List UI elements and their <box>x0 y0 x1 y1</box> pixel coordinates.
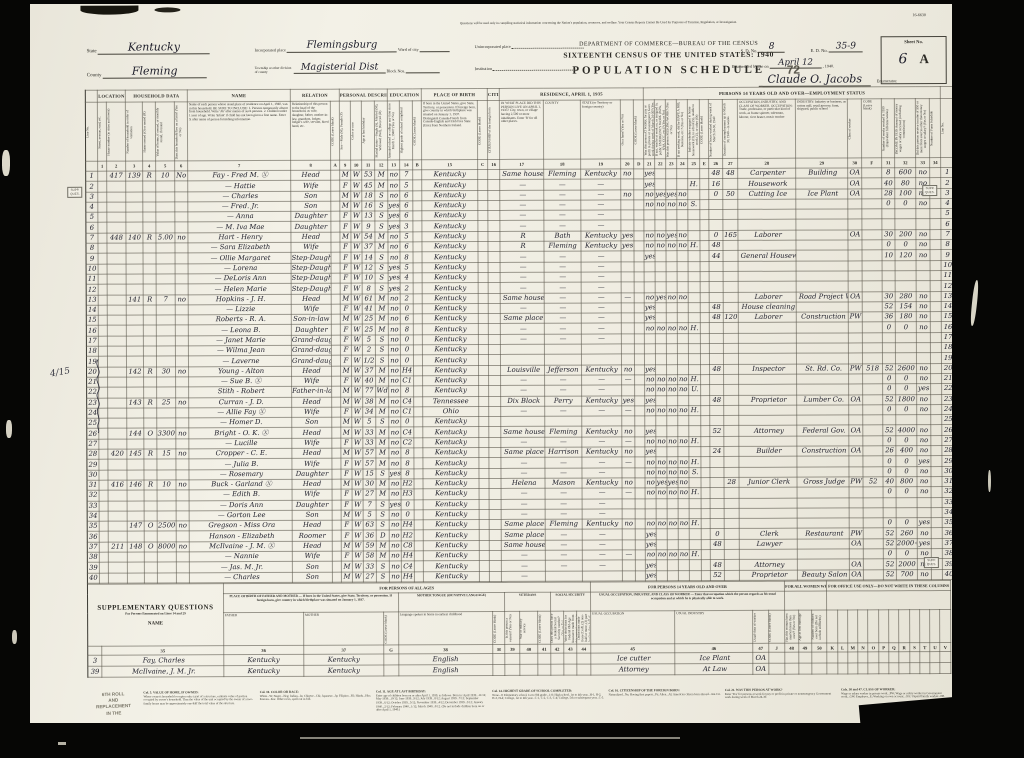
cell-e22: yes <box>655 189 666 199</box>
cell-own <box>143 181 156 191</box>
cell-w1 <box>785 652 798 663</box>
cell-edc <box>414 365 423 375</box>
cell-cls: OA <box>849 559 863 569</box>
film-artifact <box>6 420 12 438</box>
cell-e24 <box>677 261 688 271</box>
cell-edc <box>413 201 422 211</box>
cell-e24 <box>678 344 689 354</box>
cell-mar: S <box>375 283 388 293</box>
cell-rel: Step-Daughter <box>291 253 331 263</box>
cell-relc <box>332 531 341 541</box>
cell-r18: — <box>544 262 581 272</box>
block-value <box>406 72 440 73</box>
cell-val <box>156 325 175 335</box>
cell-r20 <box>621 179 634 189</box>
cell-r20 <box>622 416 635 426</box>
cell-relc <box>331 242 340 252</box>
cell-hrs <box>710 385 724 395</box>
cell-rd <box>635 509 645 519</box>
cell-cls <box>849 405 863 415</box>
sheet-number-value: 6 <box>898 51 907 67</box>
cell-rd <box>635 457 645 467</box>
cell-e22 <box>656 416 667 426</box>
cell-relc <box>332 428 341 438</box>
cell-ln: 28 <box>87 449 99 459</box>
cell-e21: yes <box>645 426 656 436</box>
cell-sex: M <box>341 366 352 376</box>
cell-val <box>157 490 176 500</box>
cell-dur <box>723 199 738 209</box>
cell-own: R <box>143 295 156 305</box>
enumeration-date-line: Enumerated by me on April 12 , 1940. <box>732 58 835 68</box>
cell-r17: Same place <box>500 313 544 323</box>
ward-label: Ward of city <box>398 47 419 52</box>
cell-name: Hopkins - J. H. <box>188 294 291 305</box>
cell-cit <box>489 396 501 406</box>
cell-name: Hart - Henry <box>188 232 291 243</box>
cell-val <box>157 469 176 479</box>
column-number: 9 <box>340 160 351 170</box>
cell-ind <box>796 302 848 313</box>
cell-wks: 0 <box>883 518 896 528</box>
cell-father: Kentucky <box>224 665 304 676</box>
cell-house <box>107 243 126 253</box>
cell-street <box>98 284 107 294</box>
cell-r18: — <box>545 509 582 519</box>
cell-name: — Charles <box>188 191 291 202</box>
column-desc: Age at last birthday <box>361 101 374 160</box>
cell-e22 <box>655 220 666 230</box>
cell-own: R <box>143 171 156 181</box>
cell-mar: M <box>376 541 389 551</box>
cell-e21 <box>644 210 655 220</box>
cell-hrs <box>710 405 724 415</box>
column-desc <box>827 610 837 643</box>
cell-relc <box>332 458 341 468</box>
cell-r19: — <box>581 220 621 230</box>
cell-relc <box>332 551 341 561</box>
cell-val <box>156 336 175 346</box>
cell-sch: no <box>389 396 401 406</box>
cell-r18: — <box>544 179 581 189</box>
cell-pob: Kentucky <box>422 190 478 201</box>
cell-rd <box>635 560 645 570</box>
cell-cit <box>489 406 501 416</box>
cell-wag: 0 <box>896 374 917 384</box>
cell-ind: Building <box>796 168 848 179</box>
cell-mar: S <box>375 345 388 355</box>
footnote-title: Col. 16. CITIZENSHIP OF THE FOREIGN BORN… <box>609 689 721 693</box>
cell-col: W <box>352 427 363 437</box>
cell-grd: 6 <box>400 190 413 200</box>
cell-rd <box>635 570 645 580</box>
cell-cit <box>488 221 500 231</box>
cell-cit <box>488 200 500 210</box>
cell-pobc <box>478 200 488 210</box>
cell-occ <box>738 209 796 220</box>
cell-hrs <box>709 199 723 209</box>
cell-r18: — <box>545 385 582 395</box>
confidentiality-notice: Questions will be used only in compiling… <box>319 20 879 26</box>
cell-r20 <box>621 282 634 292</box>
cell-r17: R <box>500 241 544 251</box>
cell-mar: M <box>376 376 389 386</box>
cell-sex: M <box>341 417 352 427</box>
supp-subgroup: MOTHER TONGUE (OR NATIVE LANGUAGE) <box>398 592 505 611</box>
cell-v1 <box>505 664 519 675</box>
cell-grd: H4 <box>401 520 414 530</box>
cell-pob: Kentucky <box>422 170 478 181</box>
column-group: RELATION <box>290 89 339 101</box>
cell-oU <box>930 652 940 663</box>
cell-codej <box>768 663 785 674</box>
cell-farm <box>176 552 189 562</box>
cell-e25 <box>690 570 702 580</box>
cell-ln2: 21 <box>942 373 955 383</box>
cell-house <box>107 305 126 315</box>
cell-w2 <box>798 663 811 674</box>
cell-ee <box>701 508 710 518</box>
cell-rel: Son <box>292 561 332 571</box>
cell-hrs <box>710 457 724 467</box>
column-number: 21 <box>644 159 655 169</box>
cell-sch: no <box>388 335 400 345</box>
cell-ln: 37 <box>87 542 99 552</box>
cell-hh: 142 <box>127 367 144 377</box>
cell-e23 <box>666 303 677 313</box>
cell-ind <box>797 487 849 498</box>
cell-mar: S <box>376 499 389 509</box>
column-desc <box>909 610 919 643</box>
cell-r18: — <box>545 375 582 385</box>
sheet-number-box: Sheet No. 6 A <box>881 36 947 84</box>
cell-hh <box>127 459 144 469</box>
footnote-title: Col. 14. HIGHEST GRADE OF SCHOOL COMPLET… <box>492 690 604 694</box>
cell-wag: 0 <box>896 549 917 559</box>
cell-age: 57 <box>363 448 376 458</box>
cell-own <box>143 284 156 294</box>
cell-s1 <box>550 653 563 664</box>
cell-ee <box>701 560 710 570</box>
cell-r17: R <box>500 231 544 241</box>
cell-e22: no <box>655 323 666 333</box>
cell-cit <box>489 530 501 540</box>
cell-rel: Roomer <box>292 531 332 541</box>
cell-occ <box>739 436 797 447</box>
cell-sch: no <box>389 561 401 571</box>
cell-r20 <box>622 498 635 508</box>
supp-subtitle: For Persons Enumerated on Lines 14 and 2… <box>88 611 223 616</box>
column-group: HOUSEHOLD DATA <box>125 90 187 102</box>
cell-r19: — <box>582 468 622 478</box>
column-number: 22 <box>655 159 666 169</box>
cell-oO <box>868 652 878 663</box>
cell-house <box>107 192 126 202</box>
film-roll-stamp: 6TH ROLL AND REPLACEMENT IN THE <box>87 691 140 718</box>
footnote-block: Col. 11. AGE AT LAST BIRTHDAY:Enter age … <box>376 690 488 712</box>
cell-pob: Tennessee <box>423 396 479 407</box>
cell-oth: no <box>916 301 930 311</box>
cell-oL <box>837 652 847 663</box>
cell-oth: no <box>916 250 930 260</box>
cell-e24 <box>678 364 689 374</box>
cell-mar: M <box>375 304 388 314</box>
cell-r19: — <box>582 550 622 560</box>
supp-subgroup: VETERANS <box>505 592 550 611</box>
cell-dur <box>723 271 738 281</box>
cell-e23 <box>666 251 677 261</box>
cell-e22: no <box>656 436 667 446</box>
cell-house <box>108 521 127 531</box>
incorporated-place-field: Incorporated place Flemingsburg Ward of … <box>255 40 450 52</box>
cell-own <box>144 459 157 469</box>
cell-age: 53 <box>362 170 375 180</box>
cell-ind <box>796 281 848 292</box>
column-desc: If not, was he at work on, or assigned t… <box>654 100 665 159</box>
cell-r20: no <box>622 447 635 457</box>
cell-hrs <box>710 519 724 529</box>
cell-cls <box>849 518 863 528</box>
footnote-title: Col. 5. VALUE OF HOME, IF OWNED: <box>143 691 255 695</box>
cell-ind <box>797 518 849 529</box>
cell-fs <box>931 456 942 466</box>
cell-pob: Kentucky <box>422 180 478 191</box>
cell-r20: — <box>622 375 635 385</box>
ed-value: 35-9 <box>829 42 863 53</box>
cell-hrs: 48 <box>710 364 724 374</box>
column-desc: War or military service <box>519 611 538 644</box>
cell-grd: 0 <box>401 499 414 509</box>
cell-r18 <box>545 571 582 581</box>
cell-house <box>108 367 127 377</box>
cell-own: R <box>144 480 157 490</box>
cell-dur <box>723 240 738 250</box>
column-number: T <box>920 643 930 652</box>
cell-pob: Kentucky <box>423 520 479 531</box>
cell-house <box>107 356 126 366</box>
cell-sch: no <box>388 190 400 200</box>
cell-house <box>108 418 127 428</box>
cell-r17: — <box>501 499 545 509</box>
cell-rd <box>635 540 645 550</box>
cell-ln: 36 <box>87 532 99 542</box>
cell-cit <box>488 252 500 262</box>
cell-street <box>98 274 107 284</box>
cell-sex: F <box>340 304 351 314</box>
cell-hrs: 24 <box>710 446 724 456</box>
column-desc: Has this woman been married more than on… <box>785 610 799 643</box>
cell-cf <box>863 436 883 446</box>
cell-oth: no <box>917 487 931 497</box>
cell-pob: Kentucky <box>423 365 479 376</box>
cell-r18: — <box>544 313 581 323</box>
cell-hh <box>127 470 144 480</box>
column-number: 25 <box>688 159 700 169</box>
column-desc: Was this person SEEKING WORK? (Yes or No… <box>665 100 676 159</box>
cell-sex: F <box>340 273 351 283</box>
cell-street <box>99 532 108 542</box>
cell-age: 54 <box>362 232 375 242</box>
sd-label: S. D. No. <box>741 48 758 53</box>
column-desc: Was this person AT WORK for pay or profi… <box>643 100 654 159</box>
cell-val: 10 <box>156 171 175 181</box>
cell-dur: 48 <box>723 168 738 178</box>
cell-cf <box>862 188 882 198</box>
cell-e24: no <box>677 292 688 302</box>
cell-oth <box>917 507 931 517</box>
cell-r19: — <box>582 488 622 498</box>
column-desc: CODE (Leave blank) <box>633 100 643 159</box>
column-desc <box>847 610 857 643</box>
film-edge-right <box>952 0 1024 758</box>
cell-ind: Federal Gov. <box>797 425 849 436</box>
cell-r17: — <box>501 386 545 396</box>
cell-dur <box>723 292 738 302</box>
ward-value <box>420 51 450 52</box>
cell-wag: 2000 <box>896 559 917 569</box>
cell-dur <box>724 498 739 508</box>
cell-mother: Kentucky <box>304 665 384 676</box>
cell-wag: 0 <box>896 435 917 445</box>
cell-own <box>143 243 156 253</box>
column-number: 1 <box>98 161 107 171</box>
cell-own <box>143 315 156 325</box>
cell-name: — Hattie <box>188 181 291 192</box>
supp-band: FOR ALL WOMEN WHO ARE OR HAVE BEEN MARRI… <box>785 581 827 591</box>
column-desc: Name of each person whose usual place of… <box>187 101 290 160</box>
cell-sex: F <box>340 252 351 262</box>
cell-ind: Beauty Salon <box>798 570 850 581</box>
cell-rd <box>634 313 644 323</box>
cell-e23: yes <box>667 478 678 488</box>
cell-ind: Construction <box>796 312 848 323</box>
cell-cf <box>862 333 882 343</box>
cell-relc <box>331 325 340 335</box>
cell-street <box>98 346 107 356</box>
cell-oth: no <box>917 476 931 486</box>
cell-hh <box>127 573 144 583</box>
cell-r17: — <box>501 509 545 519</box>
cell-farm <box>176 439 189 449</box>
cell-dur <box>723 261 738 271</box>
cell-e21 <box>644 272 655 282</box>
cell-wag <box>895 209 916 219</box>
cell-hrs <box>709 210 723 220</box>
cell-e22 <box>656 344 667 354</box>
cell-grd: 0 <box>400 335 413 345</box>
cell-ln: 30 <box>87 470 99 480</box>
column-number: R <box>899 643 909 652</box>
footnote-title: Col. 21. WAS THIS PERSON AT WORK? <box>725 688 837 692</box>
column-number: P <box>878 643 888 652</box>
cell-oth: no <box>916 168 930 178</box>
cell-r20 <box>621 272 634 282</box>
cell-cit <box>488 190 500 200</box>
cell-street <box>99 562 108 572</box>
column-number: 2 <box>107 161 126 171</box>
microfilm-scan: Questions will be used only in compiling… <box>0 0 1024 758</box>
cell-dur <box>723 333 738 343</box>
cell-grd: H3 <box>401 489 414 499</box>
cell-cf <box>863 353 883 363</box>
cell-val <box>157 511 176 521</box>
cell-ee <box>701 488 710 498</box>
cell-fs <box>931 394 942 404</box>
cell-sex: M <box>340 170 351 180</box>
cell-ind <box>797 436 849 447</box>
cell-r18: Fleming <box>544 241 581 251</box>
cell-e25 <box>689 426 701 436</box>
column-number <box>941 157 954 167</box>
cell-col: W <box>352 489 363 499</box>
cell-r17: — <box>501 571 545 581</box>
cell-cit <box>488 180 500 190</box>
cell-r18: — <box>544 293 581 303</box>
cell-r18: — <box>544 282 581 292</box>
cell-ln2: 34 <box>942 507 955 517</box>
cell-edc <box>413 232 422 242</box>
cell-mar: M <box>375 242 388 252</box>
cell-rel: Grand-daughter <box>291 356 331 366</box>
census-sheet: Questions will be used only in compiling… <box>30 4 952 723</box>
cell-oth <box>916 260 930 270</box>
cell-grd: 8 <box>401 468 414 478</box>
cell-mar: M <box>375 294 388 304</box>
supp-subgroup <box>827 590 951 610</box>
cell-r20: no <box>622 519 635 529</box>
cell-occ <box>738 261 796 272</box>
cell-e21: yes <box>645 529 656 539</box>
cell-r20: — <box>622 488 635 498</box>
cell-street <box>98 264 107 274</box>
cell-ln2: 8 <box>941 240 954 250</box>
column-desc: IN WHAT PLACE DID THIS PERSON LIVE ON AP… <box>499 100 543 159</box>
column-desc: Marital status—Single (S), Married (M), … <box>374 101 387 160</box>
cell-cf <box>862 168 882 178</box>
cell-edc <box>414 458 423 468</box>
cell-r20 <box>622 344 635 354</box>
cell-pobc <box>479 345 489 355</box>
cell-relc <box>331 222 340 232</box>
cell-ln: 38 <box>87 552 99 562</box>
cell-r18: — <box>544 324 581 334</box>
cell-r17: — <box>500 272 544 282</box>
cell-mar: M <box>375 324 388 334</box>
cell-house <box>108 387 127 397</box>
column-desc: Sex—Male (M), Female (F) <box>339 101 350 160</box>
cell-name: Bright - O. K. Ⓧ <box>189 428 292 439</box>
cell-e25: H. <box>689 457 701 467</box>
cell-rd <box>635 519 645 529</box>
cell-wks: 0 <box>883 456 896 466</box>
cell-street <box>98 223 107 233</box>
cell-e25 <box>688 189 700 199</box>
cell-mar: S <box>375 201 388 211</box>
column-number: 29 <box>796 158 848 168</box>
cell-grd: 3 <box>400 221 413 231</box>
cell-sch: no <box>389 448 401 458</box>
cell-wag: 0 <box>895 240 916 250</box>
cell-r18: — <box>545 560 582 570</box>
cell-e24 <box>678 508 689 518</box>
cell-dur <box>724 374 739 384</box>
cell-house <box>107 295 126 305</box>
cell-age: 12 <box>362 263 375 273</box>
cell-name: — Gorton Lee <box>189 510 292 521</box>
cell-ln: 32 <box>87 490 99 500</box>
cell-oth: yes <box>917 518 931 528</box>
cell-rd <box>635 437 645 447</box>
